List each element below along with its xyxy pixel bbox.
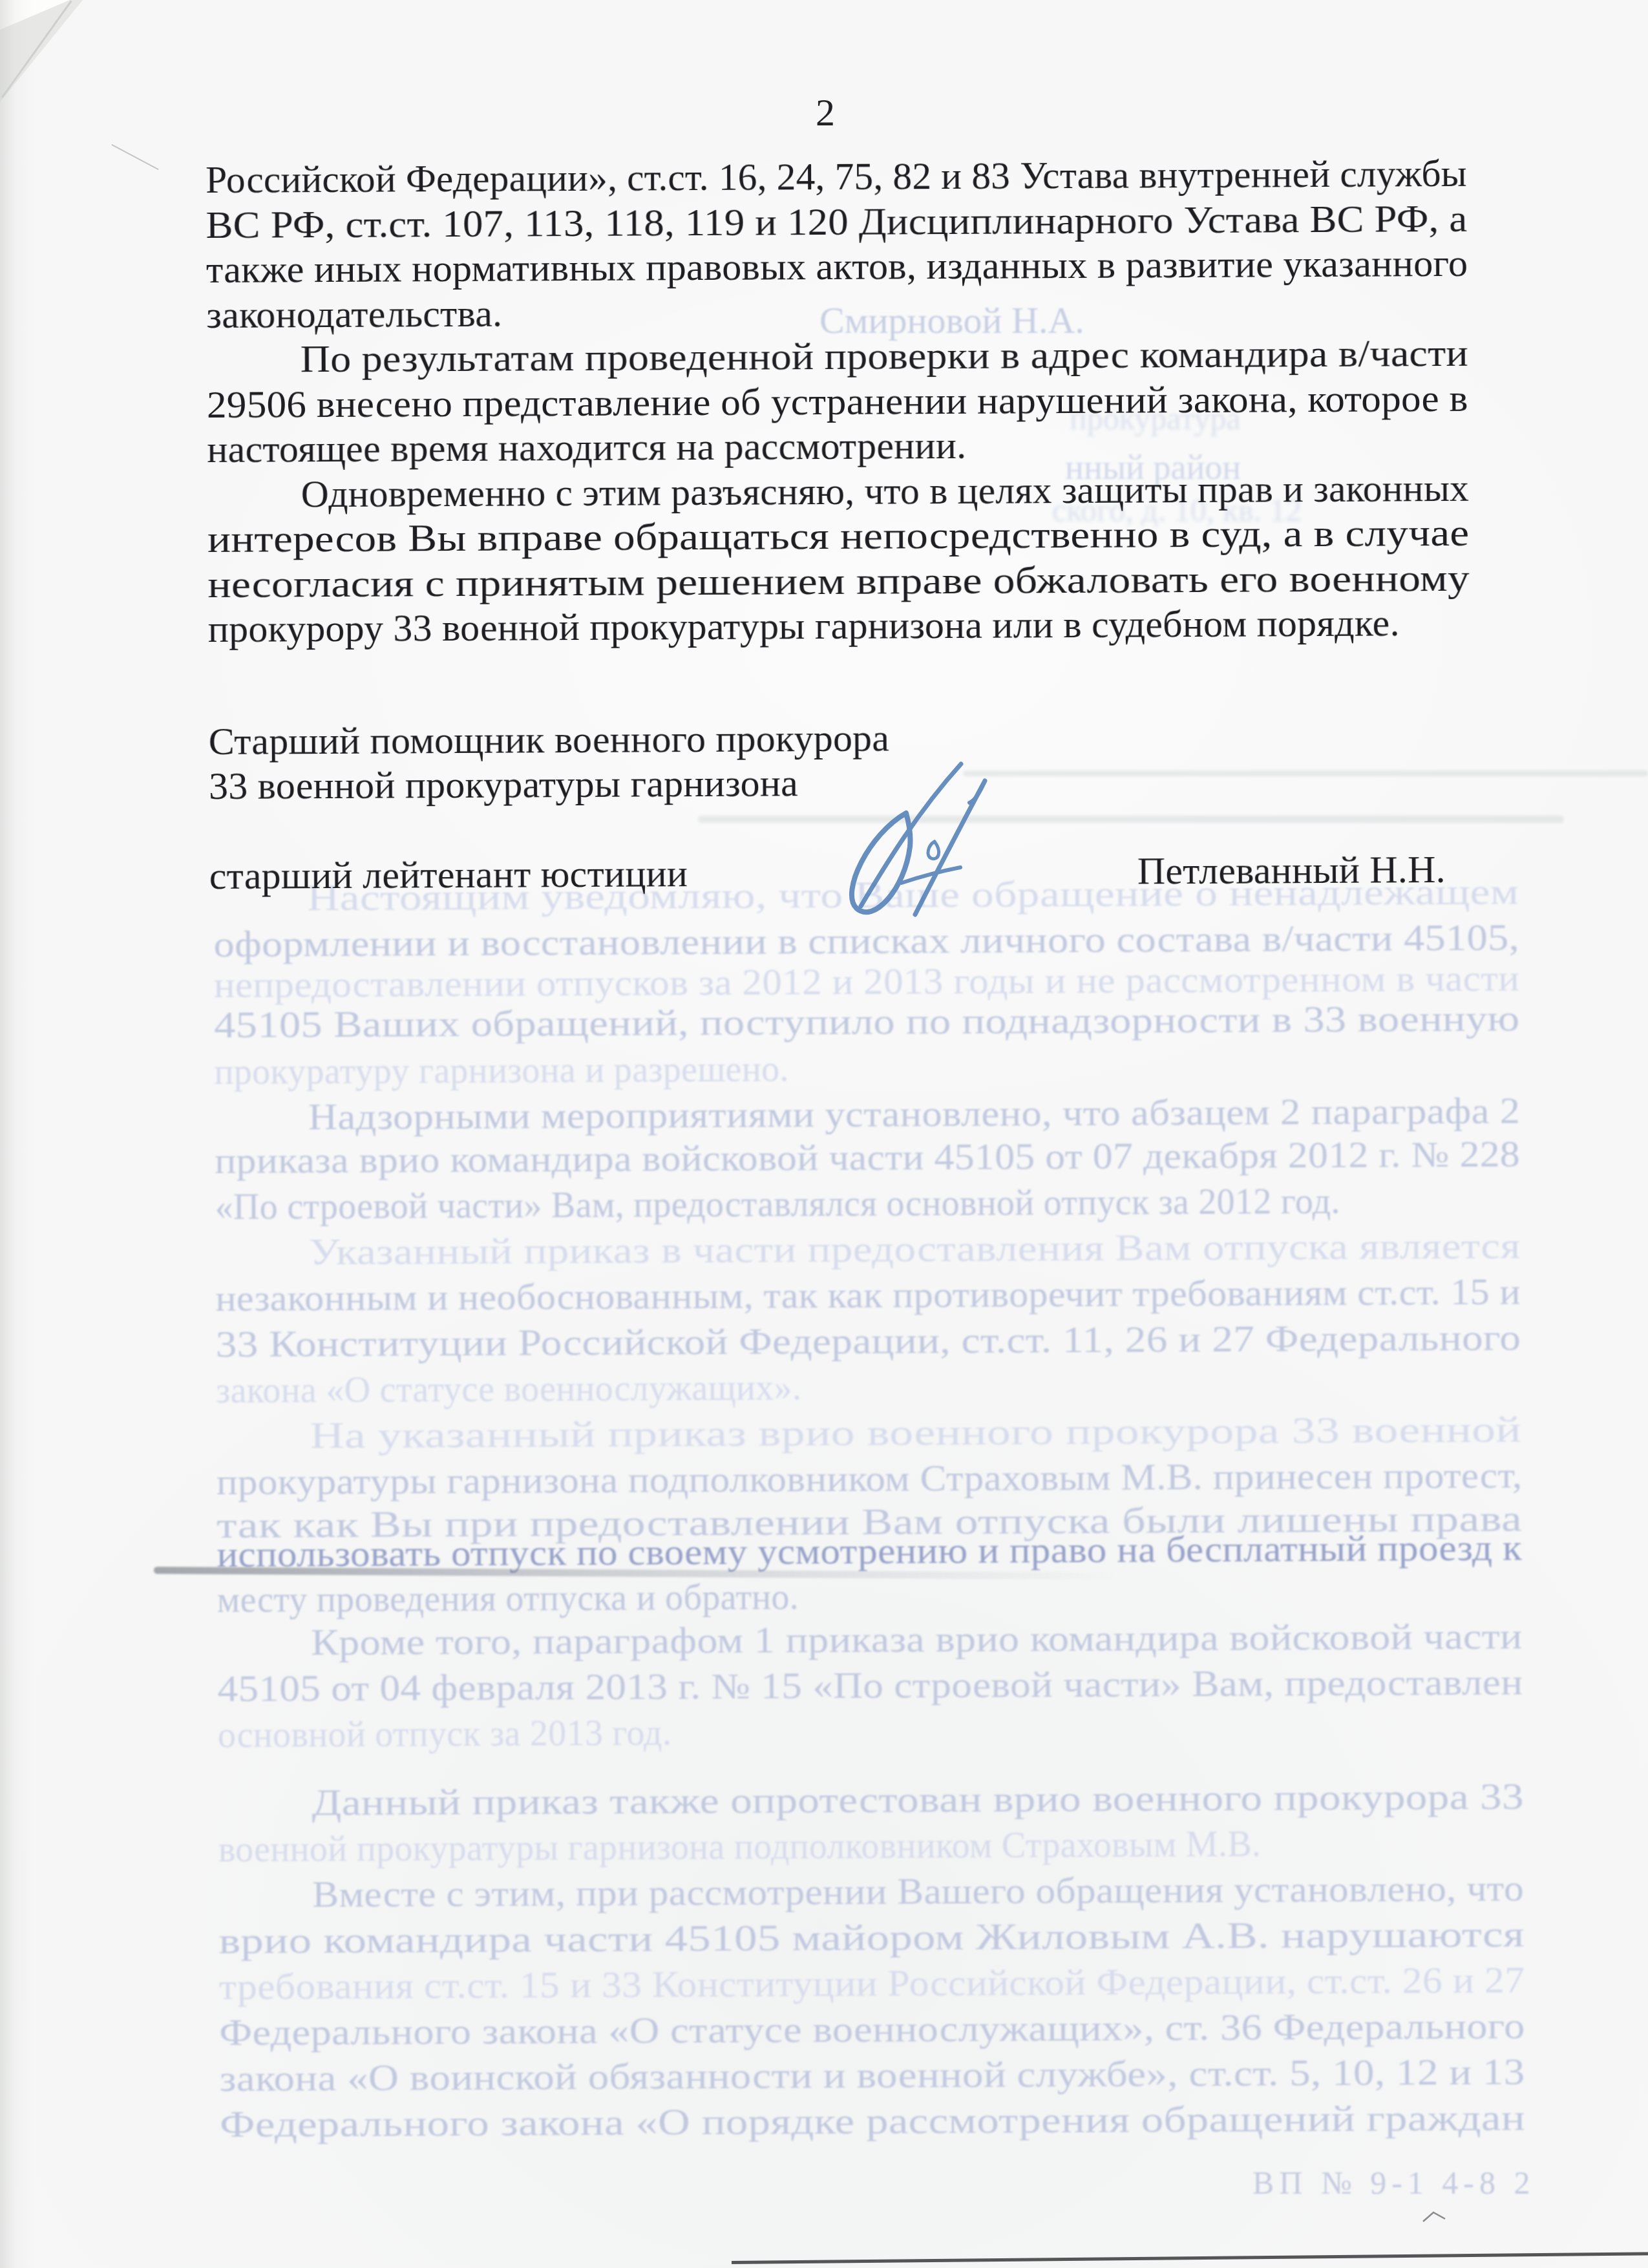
bleed-line: военной прокуратуры гарнизона подполковн… [218, 1825, 1262, 1870]
signatory-position-text: Старший помощник военного прокурора [209, 716, 890, 763]
page-number: 2 [816, 90, 835, 135]
bleed-line: непредоставлении отпусков за 2012 и 2013… [214, 959, 1520, 1006]
bleed-line: закона «О воинской обязанности и военной… [220, 2052, 1525, 2099]
bleed-line: Данный приказ также опротестован врио во… [312, 1777, 1524, 1823]
letter-text-lines: Российской Федерации», ст.ст. 16, 24, 75… [206, 153, 1467, 159]
reference-mark: ВП № 9-1 4-8 2 [1252, 2164, 1535, 2201]
bleed-line: требования ст.ст. 15 и 33 Конституции Ро… [219, 1960, 1525, 2008]
bleed-line: незаконным и необоснованным, так как про… [215, 1272, 1521, 1319]
bleed-line: прокуратуру гарнизона и разрешено. [214, 1049, 788, 1092]
bleed-line: месту проведения отпуска и обратно. [217, 1577, 799, 1620]
bleed-line: Указанный приказ в части предоставления … [309, 1226, 1521, 1273]
bleed-line: Федерального закона «О порядке рассмотре… [220, 2098, 1525, 2145]
text-line: интересов Вы вправе обращаться непосредс… [207, 512, 1470, 560]
bleed-line: Надзорными мероприятиями установлено, чт… [308, 1091, 1521, 1138]
bleed-line: Кроме того, параграфом 1 приказа врио ко… [311, 1616, 1523, 1663]
pencil-caret-mark [1422, 2210, 1448, 2225]
text-line: Одновременно с этим разъясняю, что в цел… [301, 467, 1470, 514]
letter-body: Российской Федерации», ст.ст. 16, 24, 75… [206, 153, 1467, 159]
text-line: также иных нормативных правовых актов, и… [206, 242, 1468, 290]
text-line: законодательства. [206, 292, 502, 335]
scanned-page: { "page": { "number": "2" }, "letter": {… [0, 0, 1648, 2268]
bleed-line: Федерального закона «О статусе военнослу… [219, 2006, 1525, 2053]
text-line: несогласия с принятым решением вправе об… [207, 556, 1470, 604]
text-line: 29506 внесено представление об устранени… [207, 377, 1468, 425]
bleed-line: 45105 Ваших обращений, поступило по подн… [214, 999, 1520, 1046]
signatory-name: Петлеванный Н.Н. [1137, 849, 1446, 891]
text-line: настоящее время находится на рассмотрени… [207, 425, 966, 470]
bleed-line: прокуратуры гарнизона подполковником Стр… [217, 1456, 1523, 1503]
bleed-line: 33 Конституции Российской Федерации, ст.… [216, 1318, 1521, 1365]
bleed-line: приказа врио командира войсковой части 4… [215, 1134, 1520, 1182]
bleed-line: «По строевой части» Вам, предоставлялся … [215, 1182, 1340, 1227]
text-line: Российской Федерации», ст.ст. 16, 24, 75… [206, 153, 1467, 200]
signatory-position-text: 33 военной прокуратуры гарнизона [209, 761, 798, 807]
bleed-line: На указанный приказ врио военного прокур… [310, 1410, 1521, 1456]
bleed-line: закона «О статусе военнослужащих». [216, 1368, 801, 1411]
bleed-line: 45105 от 04 февраля 2013 г. № 15 «По стр… [217, 1662, 1523, 1710]
scan-edge-line [732, 2252, 1648, 2264]
text-line: По результатам проведенной проверки в ад… [300, 332, 1468, 379]
text-line: ВС РФ, ст.ст. 107, 113, 118, 119 и 120 Д… [206, 197, 1467, 245]
bleed-line: врио командира части 45105 майором Жилов… [218, 1914, 1525, 1962]
bleed-line: основной отпуск за 2013 год. [218, 1713, 672, 1755]
paper-crease [111, 144, 158, 170]
handwritten-signature [827, 755, 1002, 936]
bleed-line: Вместе с этим, при рассмотрении Вашего о… [312, 1869, 1524, 1915]
text-line: прокурору 33 военной прокуратуры гарнизо… [208, 602, 1400, 650]
page-left-edge-shadow [0, 0, 34, 2268]
signatory-rank: старший лейтенант юстиции [209, 852, 688, 897]
